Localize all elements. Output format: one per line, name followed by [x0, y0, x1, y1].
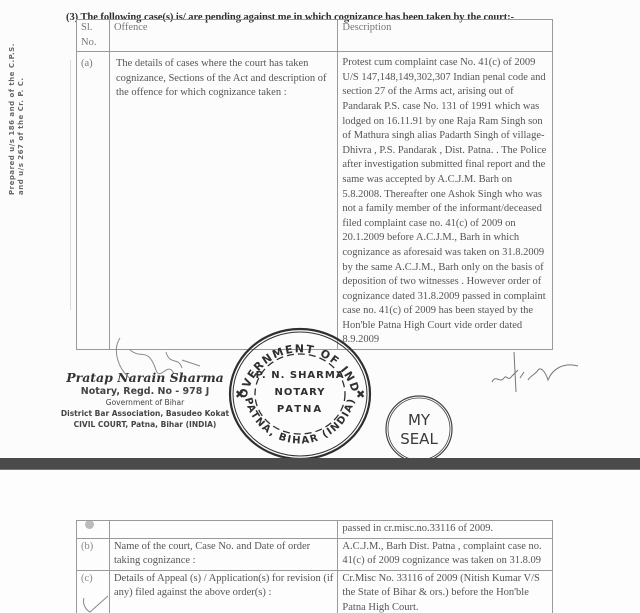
my-seal-icon: MY SEAL — [384, 394, 454, 464]
notary-block: Pratap Narain Sharma Notary, Regd. No - … — [50, 370, 240, 430]
row-label: Details of Appeal (s) / Application(s) f… — [109, 570, 337, 613]
row-label — [109, 521, 337, 539]
signature-right-icon — [486, 352, 586, 392]
table-header-row: Sl. No. Offence Description — [77, 20, 553, 52]
notary-govt: Government of Bihar — [50, 397, 240, 408]
pending-cases-table: Sl. No. Offence Description (a) The deta… — [76, 19, 553, 350]
notary-assoc: District Bar Association, Basudeo Kokat — [50, 408, 240, 419]
svg-text:✖: ✖ — [235, 388, 244, 401]
header-sl-no: Sl. No. — [77, 20, 110, 52]
row-value: passed in cr.misc.no.33116 of 2009. — [338, 521, 553, 539]
row-sl: (b) — [77, 538, 110, 570]
row-a-sl: (a) — [77, 52, 110, 350]
row-a-description: Protest cum complaint case No. 41(c) of … — [338, 52, 553, 350]
notary-name: Pratap Narain Sharma — [50, 370, 240, 385]
table-row: (b) Name of the court, Case No. and Date… — [77, 538, 553, 570]
case-details-table: passed in cr.misc.no.33116 of 2009. (b) … — [76, 520, 553, 613]
header-description: Description — [338, 20, 553, 52]
row-sl — [77, 521, 110, 539]
svg-text:PATNA: PATNA — [277, 404, 323, 415]
svg-text:✖: ✖ — [356, 388, 365, 401]
row-value: Cr.Misc No. 33116 of 2009 (Nitish Kumar … — [338, 570, 553, 613]
svg-text:MY: MY — [408, 411, 431, 429]
notary-stamp-icon: GOVERNMENT OF INDIA PATNA, BIHAR (INDIA)… — [225, 318, 375, 462]
notary-reg-no: Notary, Regd. No - 978 J — [50, 386, 240, 397]
svg-text:SEAL: SEAL — [400, 430, 438, 448]
table-row: (c) Details of Appeal (s) / Application(… — [77, 570, 553, 613]
notary-court: CIVIL COURT, Patna, Bihar (INDIA) — [50, 419, 240, 430]
side-margin-note: Prepared u/s 186 and of the C.P.S. and u… — [8, 43, 26, 195]
document-page-1: (3) The following case(s) is/ are pendin… — [0, 0, 640, 458]
table-row: passed in cr.misc.no.33116 of 2009. — [77, 521, 553, 539]
row-a-offence: The details of cases where the court has… — [109, 52, 337, 350]
row-value: A.C.J.M., Barh Dist. Patna , complaint c… — [338, 538, 553, 570]
svg-text:P. N. SHARMA: P. N. SHARMA — [255, 370, 344, 381]
row-label: Name of the court, Case No. and Date of … — [109, 538, 337, 570]
margin-line — [70, 60, 71, 310]
svg-text:NOTARY: NOTARY — [274, 387, 325, 398]
page-divider — [0, 458, 640, 470]
table-row: (a) The details of cases where the court… — [77, 52, 553, 350]
header-offence: Offence — [109, 20, 337, 52]
document-page-2: passed in cr.misc.no.33116 of 2009. (b) … — [0, 470, 640, 613]
checkmark-icon — [80, 594, 112, 613]
